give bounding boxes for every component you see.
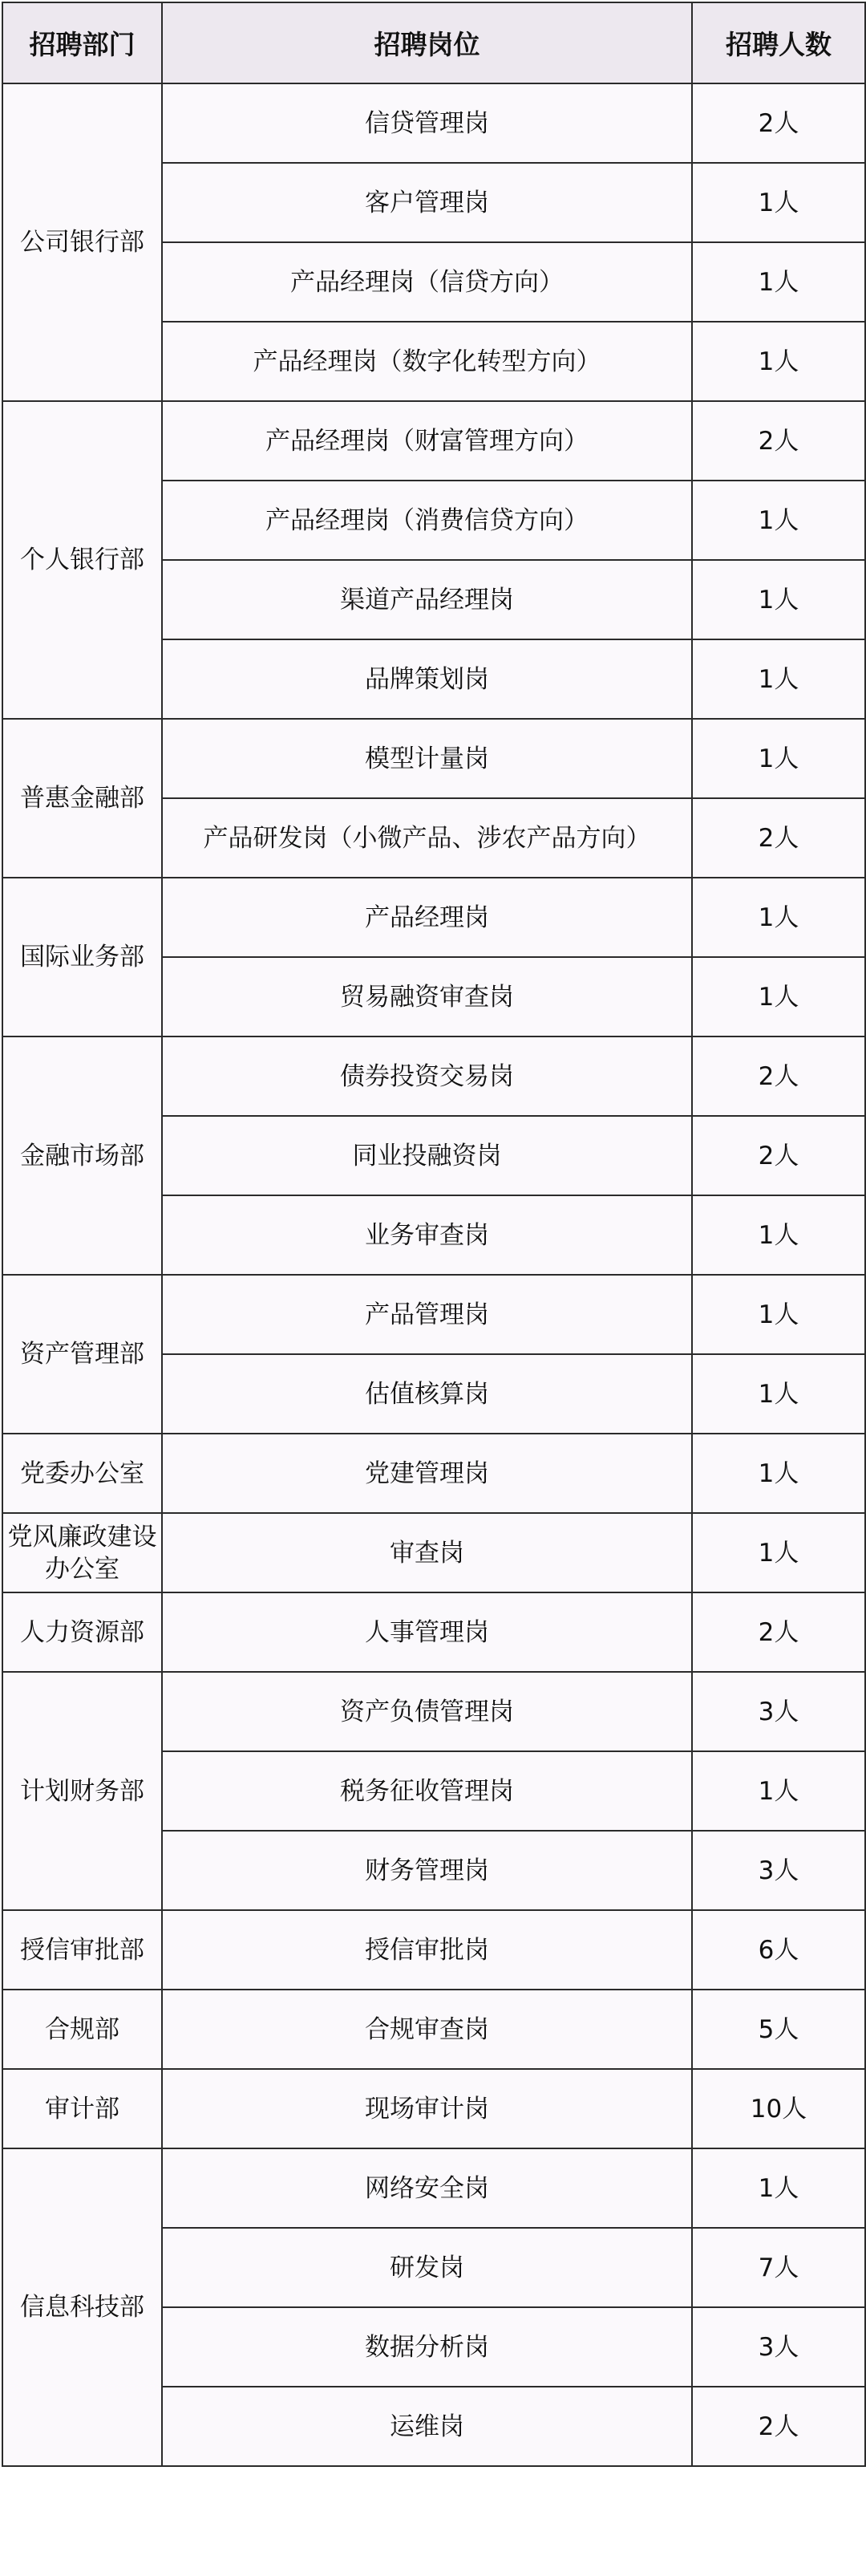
table-row: 国际业务部产品经理岗1人 — [2, 878, 865, 957]
table-row: 审计部现场审计岗10人 — [2, 2069, 865, 2148]
position-cell: 估值核算岗 — [162, 1354, 692, 1434]
headcount-cell: 2人 — [692, 1036, 865, 1116]
position-cell: 财务管理岗 — [162, 1831, 692, 1910]
position-cell: 同业投融资岗 — [162, 1116, 692, 1195]
position-cell: 授信审批岗 — [162, 1910, 692, 1990]
position-cell: 债券投资交易岗 — [162, 1036, 692, 1116]
table-row: 党委办公室党建管理岗1人 — [2, 1434, 865, 1513]
department-cell: 党委办公室 — [2, 1434, 162, 1513]
table-row: 金融市场部债券投资交易岗2人 — [2, 1036, 865, 1116]
headcount-cell: 1人 — [692, 957, 865, 1036]
headcount-cell: 1人 — [692, 481, 865, 560]
department-cell: 个人银行部 — [2, 401, 162, 719]
position-cell: 党建管理岗 — [162, 1434, 692, 1513]
position-cell: 模型计量岗 — [162, 719, 692, 798]
table-row: 资产管理部产品管理岗1人 — [2, 1275, 865, 1354]
header-position: 招聘岗位 — [162, 2, 692, 83]
headcount-cell: 1人 — [692, 1513, 865, 1592]
position-cell: 运维岗 — [162, 2387, 692, 2466]
department-cell: 国际业务部 — [2, 878, 162, 1036]
position-cell: 人事管理岗 — [162, 1592, 692, 1672]
headcount-cell: 1人 — [692, 1751, 865, 1831]
position-cell: 产品研发岗（小微产品、涉农产品方向） — [162, 798, 692, 878]
table-row: 个人银行部产品经理岗（财富管理方向）2人 — [2, 401, 865, 481]
position-cell: 产品经理岗 — [162, 878, 692, 957]
headcount-cell: 1人 — [692, 322, 865, 401]
department-cell: 计划财务部 — [2, 1672, 162, 1910]
position-cell: 信贷管理岗 — [162, 83, 692, 163]
table-row: 公司银行部信贷管理岗2人 — [2, 83, 865, 163]
headcount-cell: 1人 — [692, 1195, 865, 1275]
position-cell: 现场审计岗 — [162, 2069, 692, 2148]
position-cell: 品牌策划岗 — [162, 639, 692, 719]
recruitment-table-container: 招聘部门 招聘岗位 招聘人数 公司银行部信贷管理岗2人客户管理岗1人产品经理岗（… — [2, 2, 864, 2467]
table-row: 人力资源部人事管理岗2人 — [2, 1592, 865, 1672]
department-cell: 审计部 — [2, 2069, 162, 2148]
position-cell: 产品经理岗（财富管理方向） — [162, 401, 692, 481]
headcount-cell: 2人 — [692, 798, 865, 878]
headcount-cell: 1人 — [692, 719, 865, 798]
position-cell: 客户管理岗 — [162, 163, 692, 242]
department-cell: 普惠金融部 — [2, 719, 162, 878]
position-cell: 研发岗 — [162, 2228, 692, 2307]
headcount-cell: 10人 — [692, 2069, 865, 2148]
position-cell: 审查岗 — [162, 1513, 692, 1592]
department-cell: 合规部 — [2, 1990, 162, 2069]
table-row: 计划财务部资产负债管理岗3人 — [2, 1672, 865, 1751]
position-cell: 产品经理岗（数字化转型方向） — [162, 322, 692, 401]
headcount-cell: 1人 — [692, 2148, 865, 2228]
header-headcount: 招聘人数 — [692, 2, 865, 83]
header-department: 招聘部门 — [2, 2, 162, 83]
headcount-cell: 5人 — [692, 1990, 865, 2069]
department-cell: 公司银行部 — [2, 83, 162, 401]
headcount-cell: 1人 — [692, 560, 865, 639]
headcount-cell: 2人 — [692, 1592, 865, 1672]
table-body: 公司银行部信贷管理岗2人客户管理岗1人产品经理岗（信贷方向）1人产品经理岗（数字… — [2, 83, 865, 2466]
position-cell: 贸易融资审查岗 — [162, 957, 692, 1036]
position-cell: 税务征收管理岗 — [162, 1751, 692, 1831]
position-cell: 合规审查岗 — [162, 1990, 692, 2069]
recruitment-table: 招聘部门 招聘岗位 招聘人数 公司银行部信贷管理岗2人客户管理岗1人产品经理岗（… — [2, 2, 866, 2467]
headcount-cell: 2人 — [692, 401, 865, 481]
position-cell: 网络安全岗 — [162, 2148, 692, 2228]
headcount-cell: 3人 — [692, 1831, 865, 1910]
headcount-cell: 1人 — [692, 163, 865, 242]
department-cell: 信息科技部 — [2, 2148, 162, 2466]
department-cell: 人力资源部 — [2, 1592, 162, 1672]
headcount-cell: 6人 — [692, 1910, 865, 1990]
department-cell: 金融市场部 — [2, 1036, 162, 1275]
headcount-cell: 1人 — [692, 1275, 865, 1354]
headcount-cell: 1人 — [692, 1434, 865, 1513]
headcount-cell: 2人 — [692, 83, 865, 163]
headcount-cell: 1人 — [692, 639, 865, 719]
headcount-cell: 2人 — [692, 1116, 865, 1195]
headcount-cell: 3人 — [692, 2307, 865, 2387]
position-cell: 资产负债管理岗 — [162, 1672, 692, 1751]
department-cell: 资产管理部 — [2, 1275, 162, 1434]
table-row: 合规部合规审查岗5人 — [2, 1990, 865, 2069]
table-header: 招聘部门 招聘岗位 招聘人数 — [2, 2, 865, 83]
department-cell: 授信审批部 — [2, 1910, 162, 1990]
table-row: 授信审批部授信审批岗6人 — [2, 1910, 865, 1990]
position-cell: 数据分析岗 — [162, 2307, 692, 2387]
position-cell: 业务审查岗 — [162, 1195, 692, 1275]
table-row: 普惠金融部模型计量岗1人 — [2, 719, 865, 798]
headcount-cell: 2人 — [692, 2387, 865, 2466]
department-cell: 党风廉政建设办公室 — [2, 1513, 162, 1592]
position-cell: 渠道产品经理岗 — [162, 560, 692, 639]
headcount-cell: 7人 — [692, 2228, 865, 2307]
headcount-cell: 1人 — [692, 1354, 865, 1434]
position-cell: 产品管理岗 — [162, 1275, 692, 1354]
header-row: 招聘部门 招聘岗位 招聘人数 — [2, 2, 865, 83]
position-cell: 产品经理岗（消费信贷方向） — [162, 481, 692, 560]
headcount-cell: 3人 — [692, 1672, 865, 1751]
headcount-cell: 1人 — [692, 242, 865, 322]
position-cell: 产品经理岗（信贷方向） — [162, 242, 692, 322]
table-row: 信息科技部网络安全岗1人 — [2, 2148, 865, 2228]
headcount-cell: 1人 — [692, 878, 865, 957]
table-row: 党风廉政建设办公室审查岗1人 — [2, 1513, 865, 1592]
